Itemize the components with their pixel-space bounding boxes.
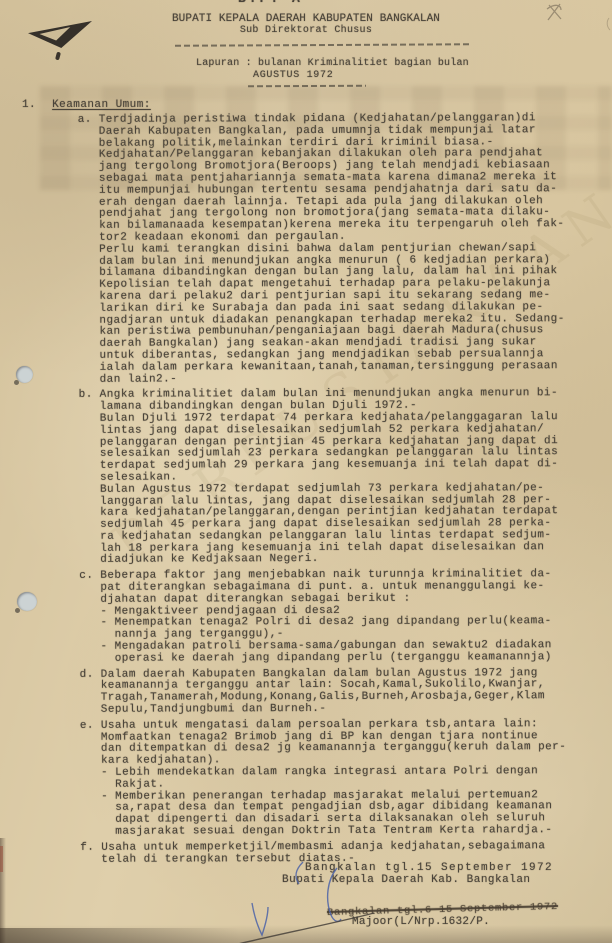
closing-place-date: Bangkalan tgl.15 September 1972 — [305, 862, 553, 874]
section-item-b: b.Angka kriminalitiet dalam bulan ini me… — [22, 388, 612, 567]
item-lines: Usaha untuk mengatasi dalam persoalan pe… — [101, 719, 612, 839]
item-label: d. — [80, 669, 94, 681]
item-lines: Terdjadinja peristiwa tindak pidana (Ked… — [99, 113, 612, 386]
section-item-c: c.Beberapa faktor jang menjebabkan naik … — [22, 569, 612, 665]
text-line: Usaha untuk memperketjil/membasmi adanja… — [101, 841, 612, 855]
item-lines: Beberapa faktor jang menjebabkan naik tu… — [100, 569, 612, 665]
text-line: dan lain2.- — [100, 373, 612, 387]
section-item-e: e.Usaha untuk mengatasi dalam persoalan … — [23, 719, 612, 839]
section-title: Keamanan Umum: — [52, 99, 151, 111]
item-label: a. — [78, 115, 92, 127]
report-title-line1: Lapuran : bulanan Kriminalitiet bagian b… — [196, 58, 469, 69]
text-line: ialah dalam perkara kewanitaan,tanah,tan… — [100, 361, 612, 375]
item-lines: Dalam daerah Kabupaten Bangkalan dalam b… — [101, 668, 612, 717]
text-line: masjarakat sesuai dengan Doktrin Tata Te… — [101, 825, 612, 839]
item-label: c. — [79, 571, 93, 583]
text-line: - Lebih mendekatkan dalam rangka integra… — [101, 766, 612, 780]
section-heading: 1.Keamanan Umum: — [22, 99, 151, 111]
text-line: Sepulu,Tandjungbumi dan Burneh.- — [101, 703, 612, 717]
office-title: BUPATI KEPALA DAERAH KABUPATEN BANGKALAN — [0, 13, 612, 25]
cut-off-top-text: B.P. A — [238, 0, 303, 6]
rust-mark — [0, 846, 3, 872]
bottom-left-shadow — [0, 928, 240, 943]
body-items: a.Terdjadinja peristiwa tindak pidana (K… — [21, 113, 612, 866]
office-subtitle: Sub Direktorat Chusus — [0, 25, 612, 36]
punch-hole — [16, 366, 33, 383]
text-line: diadjukan ke Kedjaksaan Negeri. — [100, 553, 612, 567]
item-label: b. — [79, 390, 93, 402]
ink-dot — [55, 52, 61, 61]
dashed-rule — [175, 43, 470, 47]
scanned-document-page: PERPUSTAKAAN B.P. A BUPATI KEPALA DAERAH… — [0, 0, 612, 943]
section-number: 1. — [22, 99, 36, 111]
section-item-d: d.Dalam daerah Kabupaten Bangkalan dalam… — [23, 668, 612, 717]
dashed-rule — [248, 85, 366, 88]
punch-hole — [17, 592, 37, 611]
item-lines: Angka kriminalitiet dalam bulan ini menu… — [100, 388, 612, 567]
item-label: e. — [80, 721, 94, 733]
section-item-a: a.Terdjadinja peristiwa tindak pidana (K… — [21, 113, 612, 386]
report-title-line2: AGUSTUS 1972 — [253, 70, 333, 81]
item-label: f. — [80, 843, 94, 855]
closing-signer-title: Bupati Kepala Daerah Kab. Bangkalan — [282, 874, 531, 886]
text-line: operasi ke daerah jang dipandang perlu (… — [101, 652, 612, 666]
